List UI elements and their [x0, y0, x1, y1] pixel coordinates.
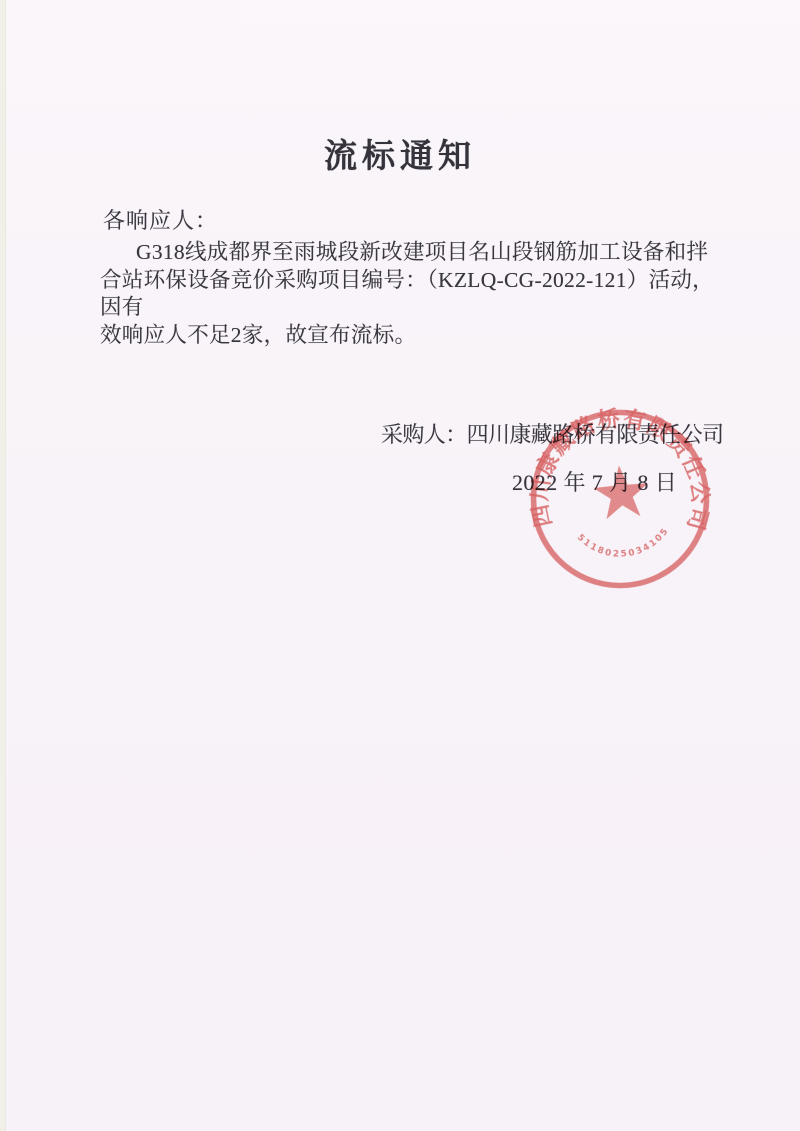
- seal-number: 5118025034105: [574, 525, 673, 564]
- document-page: 流标通知 各响应人： G318线成都界至雨城段新改建项目名山段钢筋加工设备和拌 …: [0, 0, 800, 1131]
- company-seal: 四川康藏路桥有限责任公司 5118025034105: [519, 398, 721, 600]
- seal-number-arc: 5118025034105: [574, 525, 673, 564]
- purchaser-label: 采购人：: [381, 422, 467, 447]
- body-line-3: 效响应人不足2家，故宣布流标。: [100, 322, 725, 350]
- seal-star-icon: [592, 463, 651, 520]
- body-paragraph: G318线成都界至雨城段新改建项目名山段钢筋加工设备和拌 合站环保设备竞价采购项…: [100, 239, 725, 349]
- document-title: 流标通知: [0, 130, 800, 177]
- body-line-1: G318线成都界至雨城段新改建项目名山段钢筋加工设备和拌: [100, 239, 725, 267]
- salutation: 各响应人：: [103, 204, 218, 235]
- scan-top-edge: [240, 0, 800, 26]
- body-line-2: 合站环保设备竞价采购项目编号：（KZLQ-CG-2022-121）活动，因有: [100, 267, 725, 322]
